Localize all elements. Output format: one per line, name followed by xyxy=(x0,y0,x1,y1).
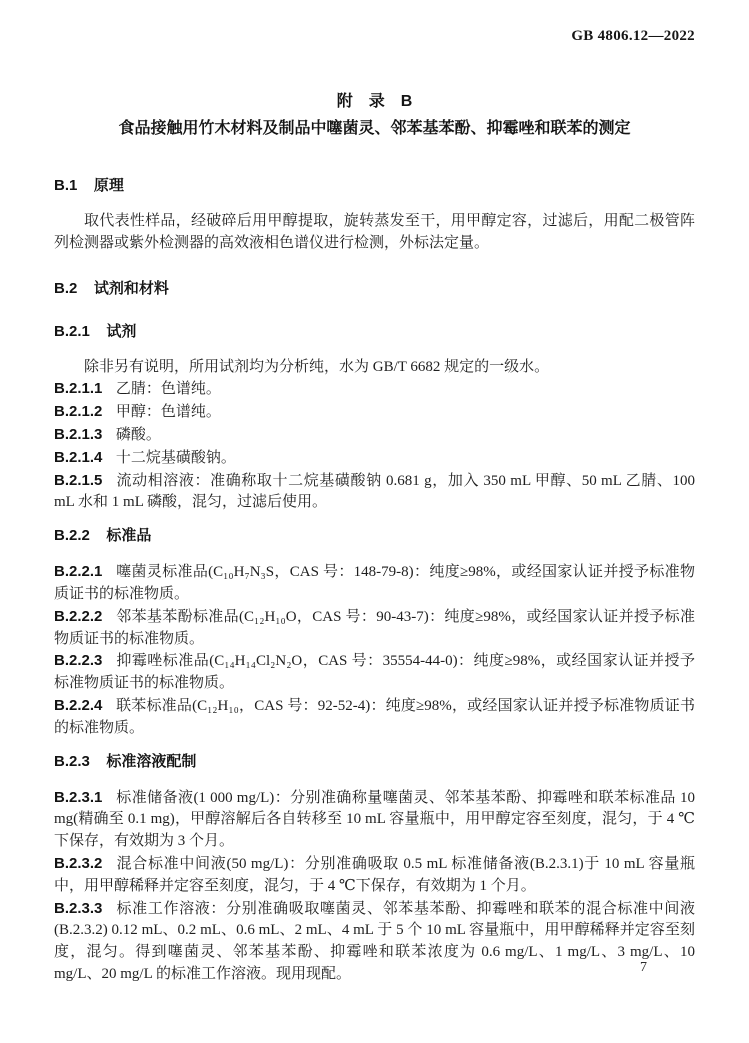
clause-b212: B.2.1.2甲醇：色谱纯。 xyxy=(54,401,695,424)
heading-b1: B.1原理 xyxy=(54,176,695,195)
clause-number: B.2.1.5 xyxy=(54,472,102,489)
clause-text: 标准储备液(1 000 mg/L)：分别准确称量噻菌灵、邻苯基苯酚、抑霉唑和联苯… xyxy=(54,790,695,850)
clause-number: B.2.1.2 xyxy=(54,403,102,420)
clause-b211: B.2.1.1乙腈：色谱纯。 xyxy=(54,378,695,401)
clause-number: B.2.3.2 xyxy=(54,855,102,872)
clause-number: B.2.1.4 xyxy=(54,449,102,466)
heading-text: 试剂 xyxy=(106,323,136,340)
heading-b23: B.2.3标准溶液配制 xyxy=(54,752,695,771)
clause-text: 标准工作溶液：分别准确吸取噻菌灵、邻苯基苯酚、抑霉唑和联苯的混合标准中间液(B.… xyxy=(54,901,695,982)
clause-text: 混合标准中间液(50 mg/L)：分别准确吸取 0.5 mL 标准储备液(B.2… xyxy=(54,856,695,894)
clause-b213: B.2.1.3磷酸。 xyxy=(54,424,695,447)
heading-text: 标准品 xyxy=(106,527,151,544)
heading-text: 标准溶液配制 xyxy=(106,753,196,770)
clause-text: 乙腈：色谱纯。 xyxy=(116,381,221,397)
clause-b221: B.2.2.1噻菌灵标准品(C₁₀H₇N₃S，CAS 号：148-79-8)：纯… xyxy=(54,561,695,606)
clause-b222: B.2.2.2邻苯基苯酚标准品(C₁₂H₁₀O，CAS 号：90-43-7)：纯… xyxy=(54,606,695,651)
clause-number: B.1 xyxy=(54,177,77,194)
standard-number: GB 4806.12—2022 xyxy=(54,0,695,45)
clause-text: 抑霉唑标准品(C₁₄H₁₄Cl₂N₂O，CAS 号：35554-44-0)：纯度… xyxy=(54,653,695,691)
heading-b21: B.2.1试剂 xyxy=(54,322,695,341)
paragraph-reagent-note: 除非另有说明，所用试剂均为分析纯，水为 GB/T 6682 规定的一级水。 xyxy=(54,357,695,379)
clause-b224: B.2.2.4联苯标准品(C₁₂H₁₀，CAS 号：92-52-4)：纯度≥98… xyxy=(54,695,695,740)
clause-number: B.2.1.1 xyxy=(54,380,102,397)
clause-b231: B.2.3.1标准储备液(1 000 mg/L)：分别准确称量噻菌灵、邻苯基苯酚… xyxy=(54,787,695,853)
clause-number: B.2.2 xyxy=(54,527,90,544)
clause-text: 邻苯基苯酚标准品(C₁₂H₁₀O，CAS 号：90-43-7)：纯度≥98%，或… xyxy=(54,609,695,647)
clause-b214: B.2.1.4十二烷基磺酸钠。 xyxy=(54,447,695,470)
clause-b223: B.2.2.3抑霉唑标准品(C₁₄H₁₄Cl₂N₂O，CAS 号：35554-4… xyxy=(54,650,695,695)
appendix-label: 附 录 B xyxy=(54,92,695,112)
clause-number: B.2.2.3 xyxy=(54,652,102,669)
clause-text: 联苯标准品(C₁₂H₁₀，CAS 号：92-52-4)：纯度≥98%，或经国家认… xyxy=(54,698,695,736)
paragraph-principle: 取代表性样品，经破碎后用甲醇提取，旋转蒸发至干，用甲醇定容，过滤后，用配二极管阵… xyxy=(54,211,695,255)
clause-b233: B.2.3.3标准工作溶液：分别准确吸取噻菌灵、邻苯基苯酚、抑霉唑和联苯的混合标… xyxy=(54,898,695,986)
clause-text: 磷酸。 xyxy=(116,427,161,443)
clause-number: B.2.3 xyxy=(54,753,90,770)
clause-number: B.2.2.1 xyxy=(54,563,102,580)
clause-number: B.2.3.1 xyxy=(54,789,102,806)
appendix-title: 食品接触用竹木材料及制品中噻菌灵、邻苯基苯酚、抑霉唑和联苯的测定 xyxy=(54,118,695,140)
clause-text: 噻菌灵标准品(C₁₀H₇N₃S，CAS 号：148-79-8)：纯度≥98%，或… xyxy=(54,564,695,602)
clause-text: 流动相溶液：准确称取十二烷基磺酸钠 0.681 g，加入 350 mL 甲醇、5… xyxy=(54,473,695,511)
heading-text: 试剂和材料 xyxy=(94,280,169,297)
clause-b232: B.2.3.2混合标准中间液(50 mg/L)：分别准确吸取 0.5 mL 标准… xyxy=(54,853,695,898)
clause-number: B.2.1.3 xyxy=(54,426,102,443)
heading-text: 原理 xyxy=(94,177,124,194)
clause-number: B.2 xyxy=(54,280,77,297)
clause-number: B.2.2.2 xyxy=(54,608,102,625)
clause-number: B.2.1 xyxy=(54,323,90,340)
heading-b2: B.2试剂和材料 xyxy=(54,279,695,298)
clause-text: 甲醇：色谱纯。 xyxy=(116,404,221,420)
clause-number: B.2.3.3 xyxy=(54,900,102,917)
clause-text: 十二烷基磺酸钠。 xyxy=(116,450,236,466)
clause-number: B.2.2.4 xyxy=(54,697,102,714)
page-number: 7 xyxy=(640,960,647,976)
document-page: GB 4806.12—2022 附 录 B 食品接触用竹木材料及制品中噻菌灵、邻… xyxy=(0,0,749,1043)
heading-b22: B.2.2标准品 xyxy=(54,526,695,545)
clause-b215: B.2.1.5流动相溶液：准确称取十二烷基磺酸钠 0.681 g，加入 350 … xyxy=(54,470,695,515)
